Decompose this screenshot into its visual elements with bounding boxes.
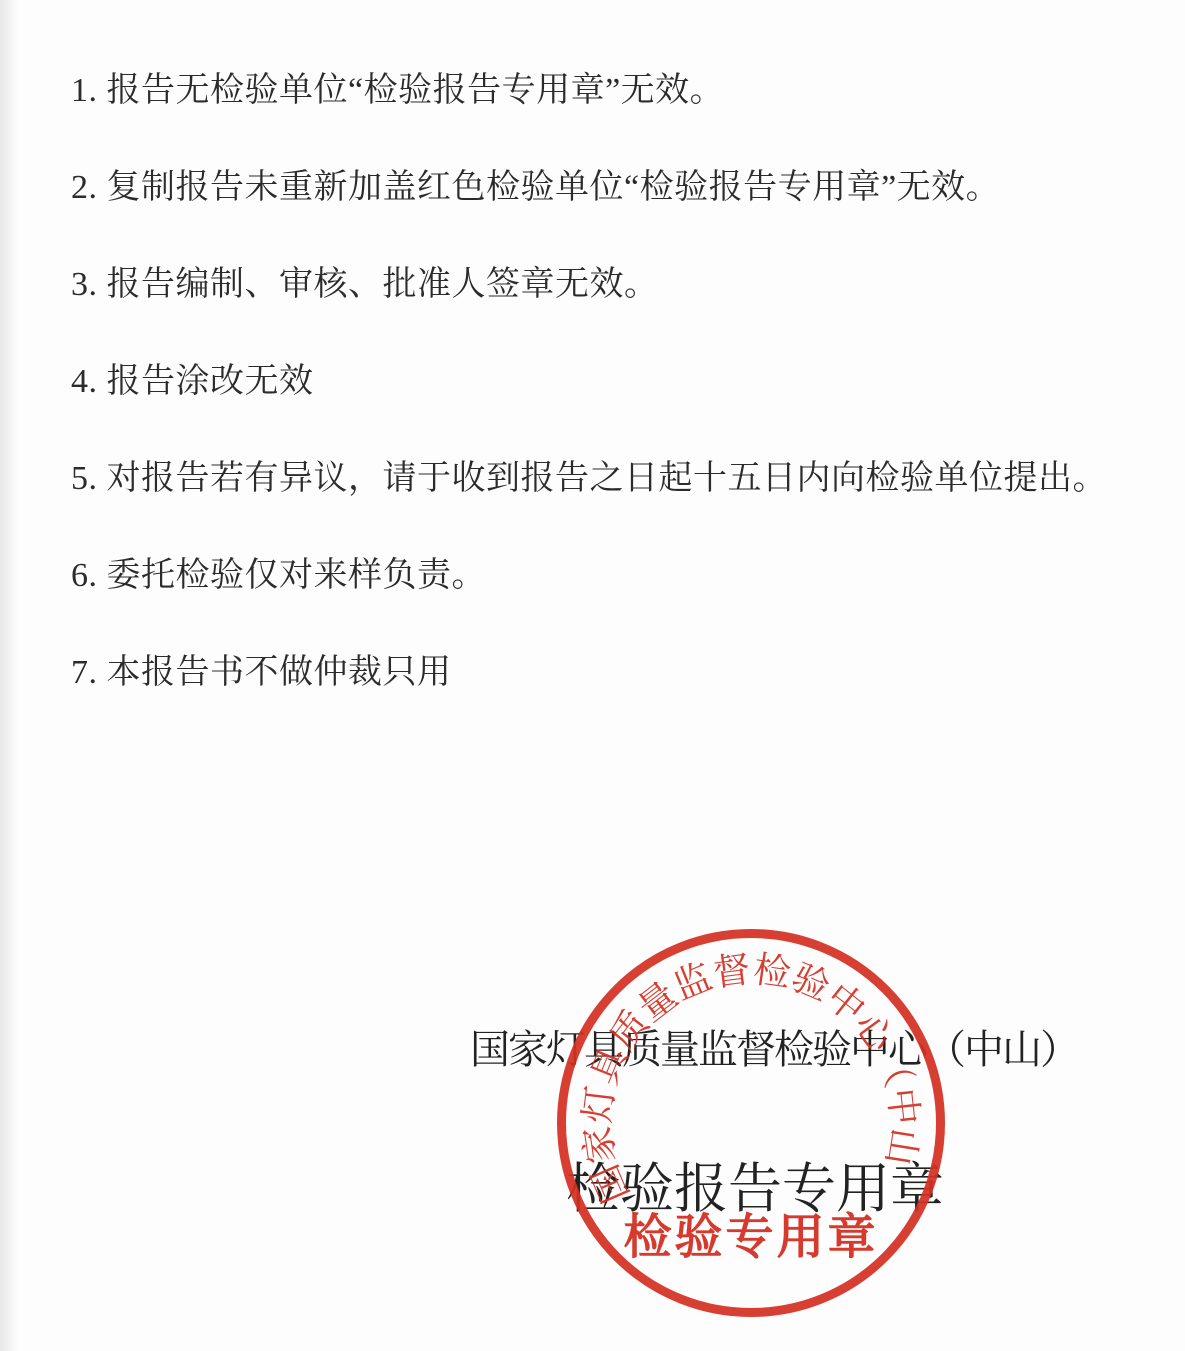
- note-item-6: 6. 委托检验仅对来样负责。: [71, 555, 1107, 596]
- stamp-arc-char: 检: [751, 952, 793, 994]
- note-item-2: 2. 复制报告未重新加盖红色检验单位“检验报告专用章”无效。: [71, 167, 1107, 208]
- note-item-4: 4. 报告涂改无效: [71, 361, 1107, 402]
- stamp-arc-char: 中: [882, 1086, 923, 1127]
- stamp-arc-char: 灯: [580, 1084, 621, 1125]
- notes-list: 1. 报告无检验单位“检验报告专用章”无效。 2. 复制报告未重新加盖红色检验单…: [71, 70, 1107, 749]
- official-seal-stamp: 国家灯具质量监督检验中心（中山 检验专用章: [557, 929, 945, 1317]
- stamp-arc-char: 国: [587, 1159, 636, 1208]
- note-item-3: 3. 报告编制、审核、批准人签章无效。: [71, 264, 1107, 305]
- scan-edge-shade: [0, 0, 18, 1351]
- stamp-arc-char: 督: [711, 952, 752, 993]
- note-item-5: 5. 对报告若有异议，请于收到报告之日起十五日内向检验单位提出。: [71, 458, 1107, 499]
- stamp-arc-char: 家: [580, 1124, 622, 1166]
- stamp-center-text: 检验专用章: [623, 1213, 878, 1263]
- stamp-arc-char: 山: [880, 1126, 922, 1168]
- report-notes-page: 1. 报告无检验单位“检验报告专用章”无效。 2. 复制报告未重新加盖红色检验单…: [0, 0, 1185, 1351]
- note-item-7: 7. 本报告书不做仲裁只用: [71, 652, 1107, 693]
- note-item-1: 1. 报告无检验单位“检验报告专用章”无效。: [71, 70, 1107, 111]
